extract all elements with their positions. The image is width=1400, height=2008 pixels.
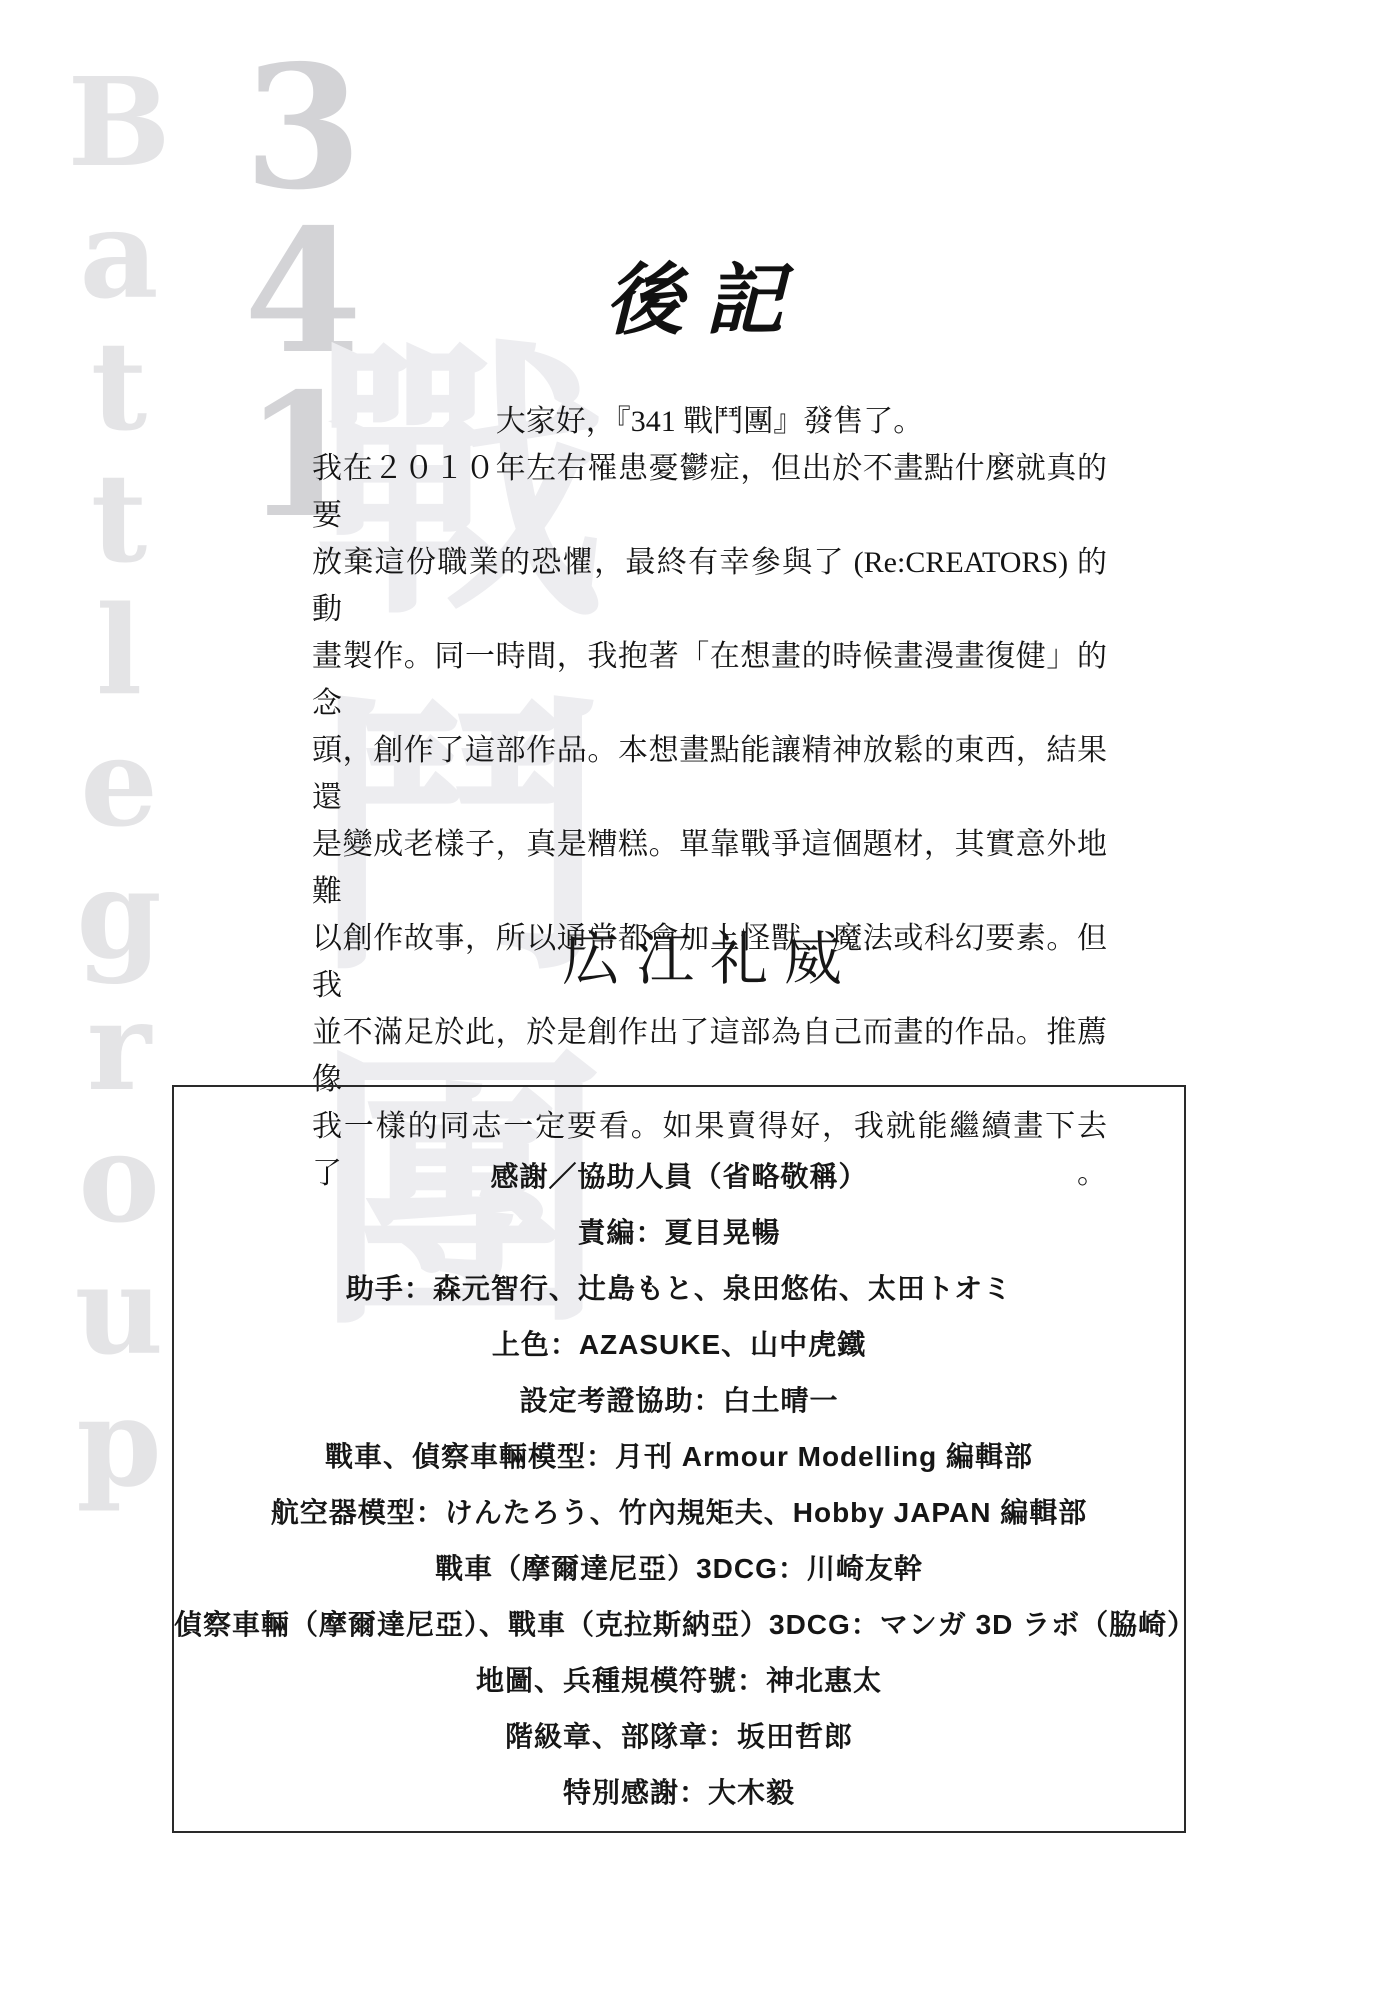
afterword-paragraph: 大家好，『341 戰鬥團』發售了。 我在２０１０年左右罹患憂鬱症，但出於不畫點什… [312, 398, 1107, 1197]
paragraph-line: 放棄這份職業的恐懼，最終有幸參與了 (Re:CREATORS) 的動 [312, 539, 1107, 633]
credit-line-recon-3dcg: 偵察車輛（摩爾達尼亞）、戰車（克拉斯納亞）3DCG：マンガ 3D ラボ（脇崎） [174, 1597, 1184, 1653]
credit-line-assistants: 助手：森元智行、辻島もと、泉田悠佑、太田トオミ [174, 1261, 1184, 1317]
afterword-page: 後記 大家好，『341 戰鬥團』發售了。 我在２０１０年左右罹患憂鬱症，但出於不… [0, 0, 1400, 2008]
credit-line-research: 設定考證協助：白土晴一 [174, 1373, 1184, 1429]
author-name: 広江礼威 [300, 912, 1120, 996]
credit-line-special-thanks: 特別感謝：大木毅 [174, 1765, 1184, 1821]
credit-line-editor: 責編：夏目晃暢 [174, 1205, 1184, 1261]
credit-line-maps: 地圖、兵種規模符號：神北惠太 [174, 1653, 1184, 1709]
credit-line-insignia: 階級章、部隊章：坂田哲郎 [174, 1709, 1184, 1765]
paragraph-line: 是變成老樣子，真是糟糕。單靠戰爭這個題材，其實意外地難 [312, 821, 1107, 915]
paragraph-line: 大家好，『341 戰鬥團』發售了。 [312, 398, 1107, 445]
credit-line-thanks-header: 感謝／協助人員（省略敬稱） [174, 1149, 1184, 1205]
credit-line-tank-models: 戰車、偵察車輛模型：月刊 Armour Modelling 編輯部 [174, 1429, 1184, 1485]
credit-line-coloring: 上色：AZASUKE、山中虎鐵 [174, 1317, 1184, 1373]
credit-line-tank-3dcg: 戰車（摩爾達尼亞）3DCG：川崎友幹 [174, 1541, 1184, 1597]
paragraph-line: 畫製作。同一時間，我抱著「在想畫的時候畫漫畫復健」的念 [312, 633, 1107, 727]
credit-line-aircraft-models: 航空器模型：けんたろう、竹內規矩夫、Hobby JAPAN 編輯部 [174, 1485, 1184, 1541]
afterword-title: 後記 [300, 238, 1110, 350]
paragraph-line: 我在２０１０年左右罹患憂鬱症，但出於不畫點什麼就真的要 [312, 445, 1107, 539]
credits-box: 感謝／協助人員（省略敬稱） 責編：夏目晃暢 助手：森元智行、辻島もと、泉田悠佑、… [172, 1085, 1186, 1833]
paragraph-line: 頭，創作了這部作品。本想畫點能讓精神放鬆的東西，結果還 [312, 727, 1107, 821]
